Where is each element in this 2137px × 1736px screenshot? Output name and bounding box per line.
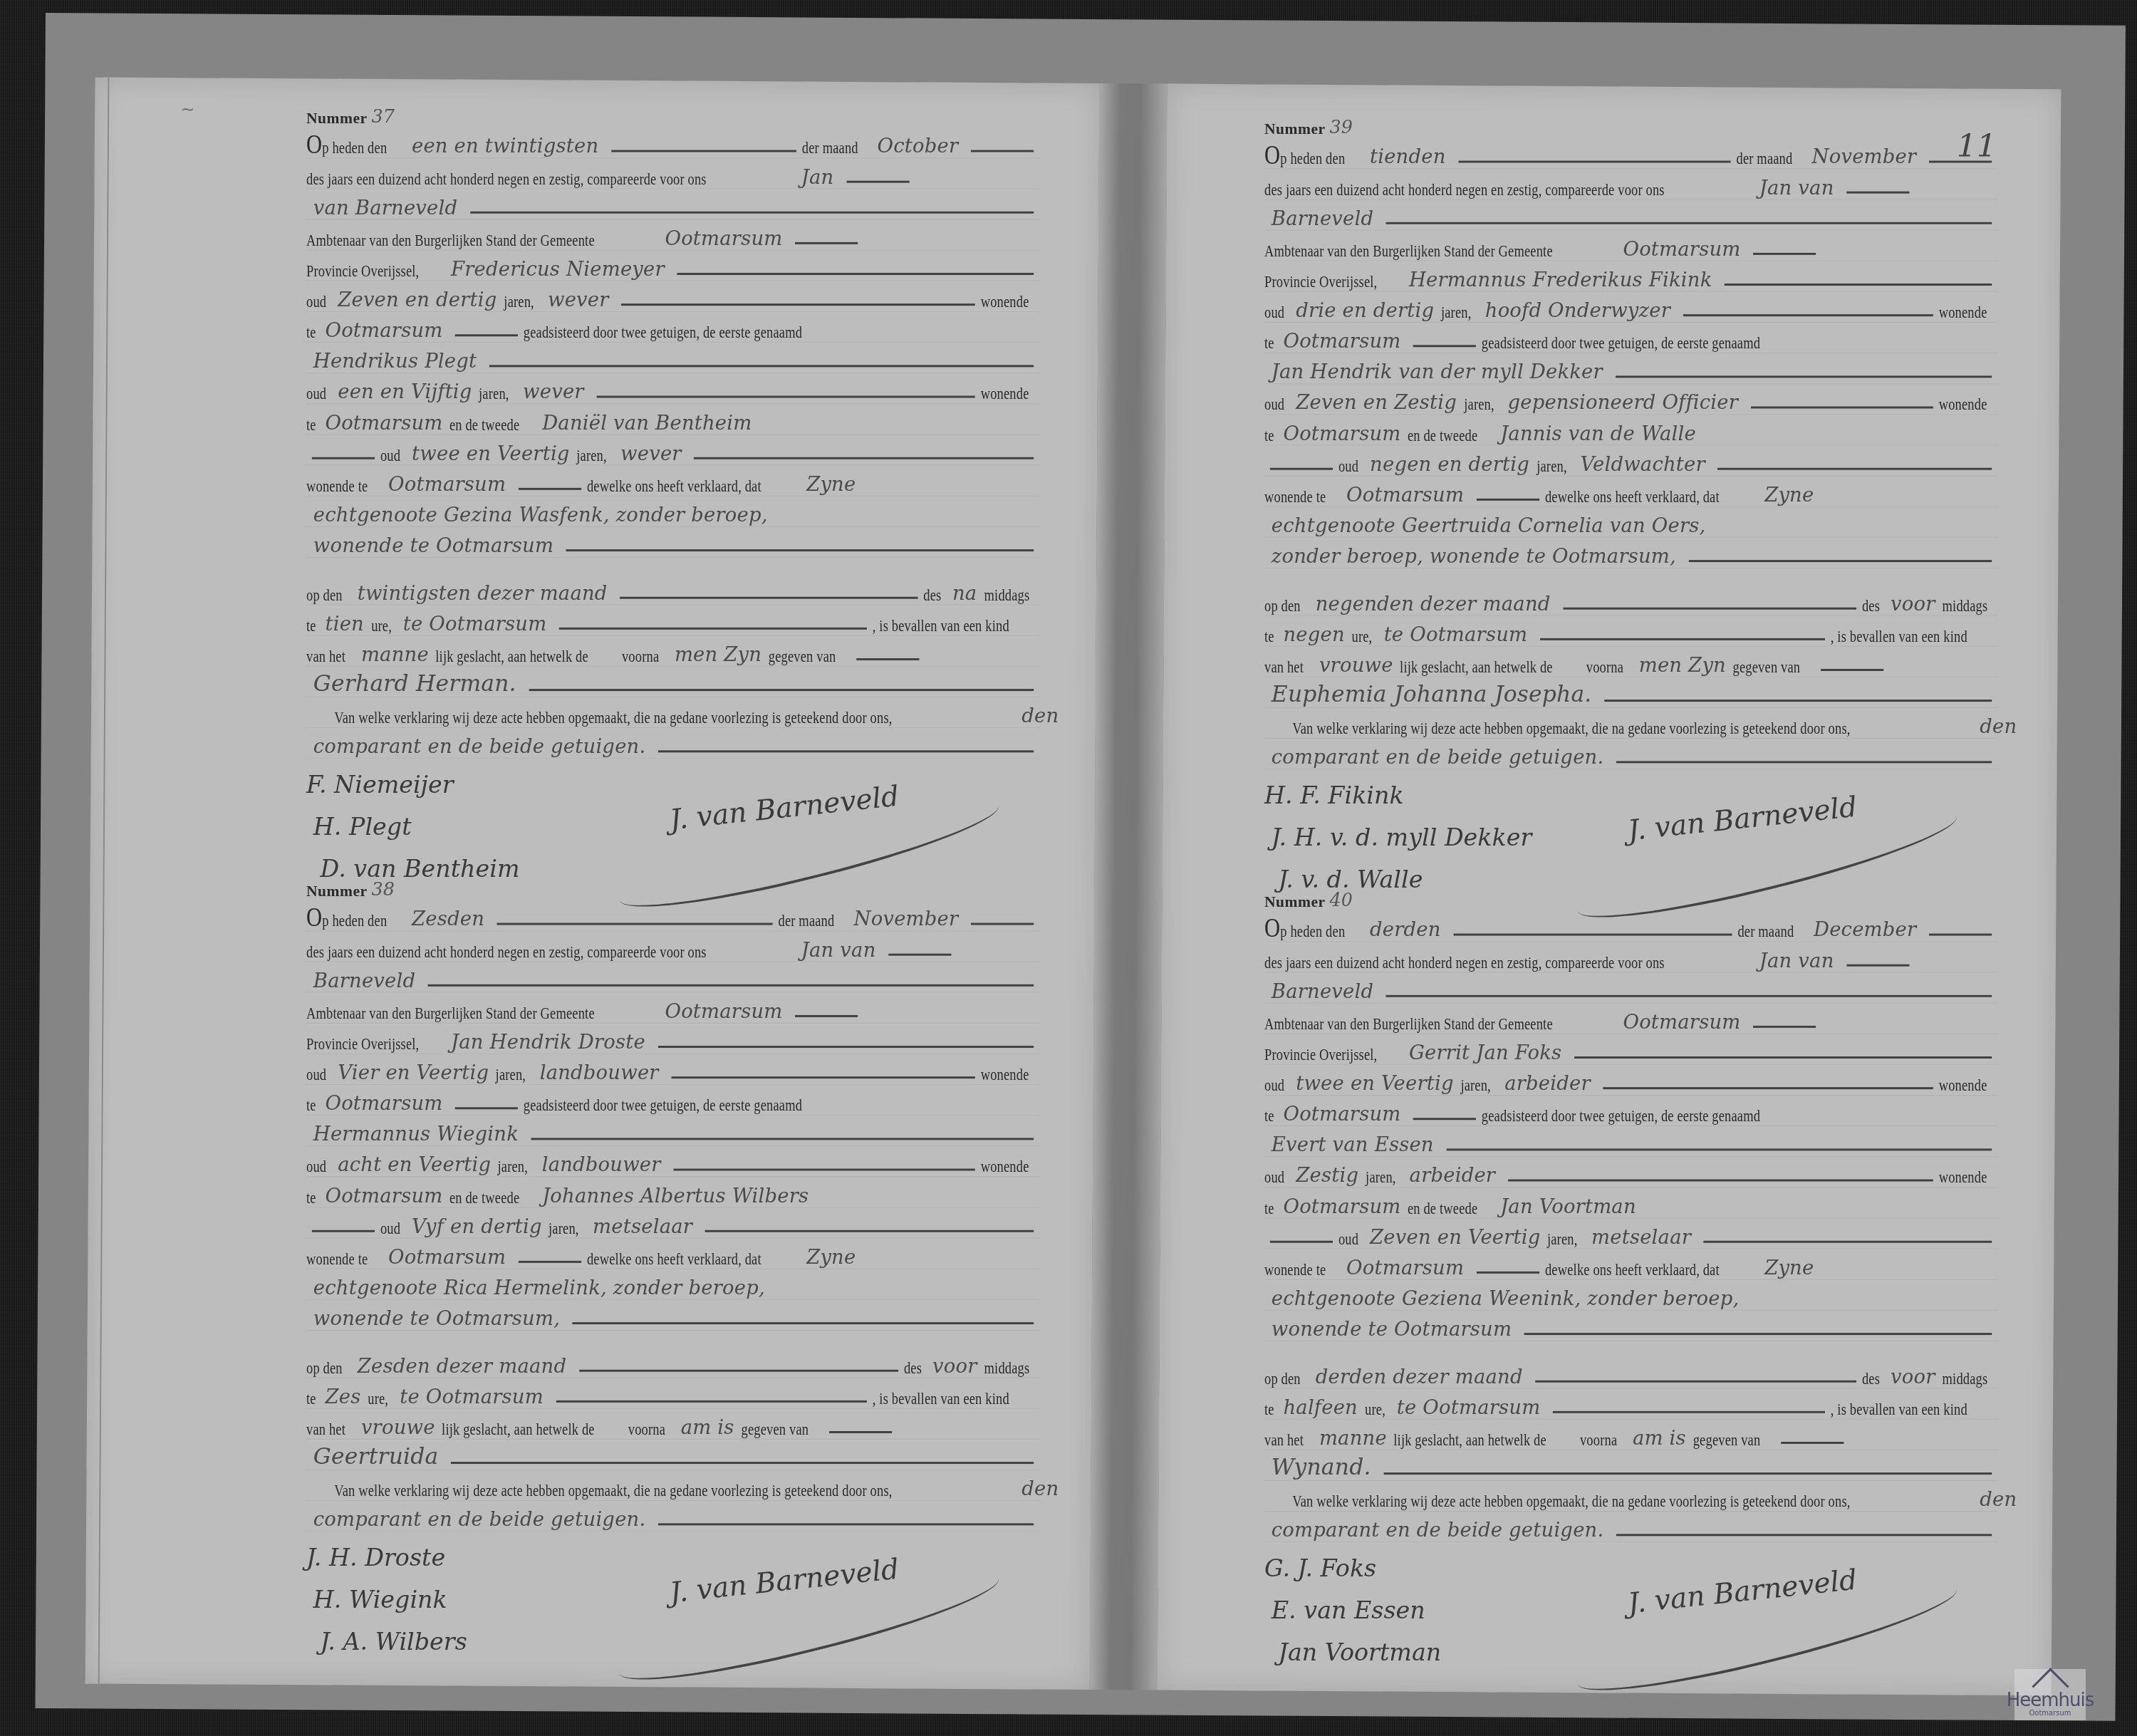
declarant-occupation: wever bbox=[548, 289, 609, 311]
witness1-occupation: wever bbox=[523, 380, 584, 403]
zyne-field: Zyne bbox=[1764, 483, 1814, 506]
date-line: Op heden den derden der maand December bbox=[1264, 911, 1997, 942]
child-name: Euphemia Johanna Josepha. bbox=[1272, 681, 1592, 707]
spouse-text: echtgenoote Geziena Weenink, zonder bero… bbox=[1272, 1287, 1740, 1309]
witness1-line: Hendrikus Plegt bbox=[306, 343, 1039, 373]
year-line: des jaars een duizend acht honderd negen… bbox=[306, 158, 1039, 189]
official-name-b: Barneveld bbox=[1272, 979, 1373, 1002]
child-name-line: Wynand. bbox=[1264, 1450, 1997, 1481]
official-name-a: Jan bbox=[801, 165, 834, 188]
name-suffix: am is bbox=[681, 1415, 734, 1438]
declarant-name: Jan Hendrik Droste bbox=[451, 1030, 645, 1053]
birth-day-text: Zesden dezer maand bbox=[358, 1354, 566, 1377]
spouse-text: echtgenoote Rica Hermelink, zonder beroe… bbox=[313, 1276, 765, 1299]
child-name-line: Euphemia Johanna Josepha. bbox=[1264, 677, 1997, 708]
witness1-age-line: oud acht en Veertig jaren, landbouwer wo… bbox=[306, 1146, 1039, 1177]
name-suffix: men Zyn bbox=[1639, 653, 1726, 676]
witness2-age: Zeven en Veertig bbox=[1370, 1225, 1540, 1248]
child-name: Gerhard Herman. bbox=[313, 670, 516, 697]
witness1-line: Jan Hendrik van der myll Dekker bbox=[1264, 353, 1997, 384]
witness2-residence-line: wonende te Ootmarsum dewelke ons heeft v… bbox=[1264, 477, 1997, 507]
witness2-age: twee en Veertig bbox=[412, 442, 570, 464]
declarant-name: Fredericus Niemeyer bbox=[451, 257, 665, 280]
declarant-residence: Ootmarsum bbox=[1283, 1103, 1400, 1126]
witness1-residence: Ootmarsum bbox=[1283, 1195, 1400, 1217]
provincie-line: Provincie Overijssel, Hermannus Frederik… bbox=[1264, 261, 1997, 292]
month-field: November bbox=[854, 908, 959, 930]
closing-line: Van welke verklaring wij deze acte hebbe… bbox=[306, 697, 1039, 728]
spouse-residence: zonder beroep, wonende te Ootmarsum, bbox=[1272, 545, 1676, 568]
birth-place: te Ootmarsum bbox=[1384, 623, 1528, 645]
closing-hand-b: comparant en de beide getuigen. bbox=[1272, 1519, 1604, 1542]
declarant-occupation: landbouwer bbox=[540, 1061, 659, 1084]
witness1-age-line: oud Zestig jaren, arbeider wonende bbox=[1264, 1157, 1997, 1187]
signature-block: J. H. Droste H. Wiegink J. A. Wilbers J.… bbox=[306, 1537, 1039, 1684]
record-number-value: 39 bbox=[1329, 118, 1352, 138]
ampm-field: voor bbox=[932, 1354, 977, 1377]
birth-place: te Ootmarsum bbox=[403, 612, 547, 635]
child-name: Wynand. bbox=[1272, 1454, 1371, 1480]
ambtenaar-line: Ambtenaar van den Burgerlijken Stand der… bbox=[306, 993, 1039, 1024]
witness1-name: Hendrikus Plegt bbox=[313, 350, 477, 373]
spouse-residence-line: wonende te Ootmarsum bbox=[306, 527, 1039, 558]
ambtenaar-line: Ambtenaar van den Burgerlijken Stand der… bbox=[1264, 231, 1997, 261]
official-name-b: Barneveld bbox=[313, 969, 415, 992]
spouse-text: echtgenoote Geertruida Cornelia van Oers… bbox=[1272, 514, 1706, 536]
nummer-label: Nummer bbox=[306, 883, 368, 900]
birth-hour-line: te halfeen ure, te Ootmarsum , is bevall… bbox=[1264, 1389, 1997, 1420]
signature-witness1: H. Wiegink bbox=[313, 1586, 447, 1614]
declarant-residence-line: te Ootmarsum geadsisteerd door twee getu… bbox=[1264, 323, 1997, 353]
birth-record: Nummer 37 Op heden den een en twintigste… bbox=[306, 100, 1039, 911]
declarant-age-line: oud Vier en Veertig jaren, landbouwer wo… bbox=[306, 1054, 1039, 1085]
zyne-field: Zyne bbox=[806, 1245, 856, 1268]
witness2-line: te Ootmarsum en de tweede Jan Voortman bbox=[1264, 1187, 1997, 1218]
birth-hour-line: te negen ure, te Ootmarsum , is bevallen… bbox=[1264, 616, 1997, 647]
witness2-occupation: Veldwachter bbox=[1581, 452, 1705, 475]
official-line: van Barneveld bbox=[306, 189, 1039, 219]
spouse-line: echtgenoote Geertruida Cornelia van Oers… bbox=[1264, 507, 1997, 538]
official-name-b: Barneveld bbox=[1272, 207, 1373, 229]
witness1-age-line: oud een en Vijftig jaren, wever wonende bbox=[306, 373, 1039, 404]
record-number: Nummer 40 bbox=[1264, 883, 1997, 911]
witness1-occupation: landbouwer bbox=[542, 1153, 661, 1176]
declarant-residence-line: te Ootmarsum geadsisteerd door twee getu… bbox=[306, 312, 1039, 343]
closing-hand-a: den bbox=[1021, 1477, 1059, 1500]
declarant-age: Vier en Veertig bbox=[338, 1061, 489, 1084]
witness2-residence-line: wonende te Ootmarsum dewelke ons heeft v… bbox=[1264, 1249, 1997, 1280]
child-sex: manne bbox=[361, 643, 429, 665]
witness2-name: Jan Voortman bbox=[1500, 1195, 1636, 1217]
child-sex: vrouwe bbox=[361, 1415, 435, 1438]
closing-hand-b: comparant en de beide getuigen. bbox=[1272, 746, 1604, 769]
month-field: November bbox=[1812, 145, 1917, 168]
date-line: Op heden den tienden der maand November bbox=[1264, 138, 1997, 169]
gemeente-field: Ootmarsum bbox=[1623, 1010, 1740, 1033]
record-number-value: 37 bbox=[371, 107, 394, 128]
sex-line: van het vrouwe lijk geslacht, aan hetwel… bbox=[306, 1409, 1039, 1440]
record-number: Nummer 39 bbox=[1264, 110, 1997, 138]
declarant-residence: Ootmarsum bbox=[325, 319, 442, 342]
closing-hand-a: den bbox=[1980, 715, 2017, 738]
spouse-residence: wonende te Ootmarsum bbox=[1272, 1318, 1512, 1341]
signature-witness2: Jan Voortman bbox=[1279, 1638, 1442, 1666]
spouse-residence-line: wonende te Ootmarsum bbox=[1264, 1311, 1997, 1341]
declarant-residence: Ootmarsum bbox=[1283, 330, 1400, 353]
birth-day-text: twintigsten dezer maand bbox=[358, 581, 608, 604]
spouse-line: echtgenoote Rica Hermelink, zonder beroe… bbox=[306, 1269, 1039, 1300]
nummer-label: Nummer bbox=[306, 110, 368, 128]
signature-witness1: J. H. v. d. myll Dekker bbox=[1272, 824, 1532, 852]
month-field: December bbox=[1814, 918, 1916, 941]
signature-declarant: H. F. Fikink bbox=[1264, 782, 1404, 810]
birth-record: Nummer 40 Op heden den derden der maand … bbox=[1264, 883, 1997, 1695]
witness2-age: Vyf en dertig bbox=[412, 1215, 542, 1237]
birth-day-line: op den twintigsten dezer maand des na mi… bbox=[306, 574, 1039, 605]
birth-hour-line: te Zes ure, te Ootmarsum , is bevallen v… bbox=[306, 1378, 1039, 1409]
declarant-residence: Ootmarsum bbox=[325, 1092, 442, 1115]
nummer-label: Nummer bbox=[1264, 893, 1326, 911]
official-line: Barneveld bbox=[1264, 972, 1997, 1003]
declarant-age: drie en dertig bbox=[1296, 299, 1434, 322]
declarant-age-line: oud drie en dertig jaren, hoofd Onderwyz… bbox=[1264, 292, 1997, 323]
witness1-residence: Ootmarsum bbox=[325, 411, 442, 434]
date-line: Op heden den een en twintigsten der maan… bbox=[306, 128, 1039, 158]
provincie-line: Provincie Overijssel, Fredericus Niemeye… bbox=[306, 251, 1039, 281]
witness1-line: Hermannus Wiegink bbox=[306, 1116, 1039, 1146]
birth-day-line: op den Zesden dezer maand des voor midda… bbox=[306, 1347, 1039, 1378]
signature-declarant: G. J. Foks bbox=[1264, 1555, 1376, 1583]
provincie-line: Provincie Overijssel, Gerrit Jan Foks bbox=[1264, 1034, 1997, 1065]
record-number-value: 38 bbox=[371, 880, 394, 900]
witness2-residence: Ootmarsum bbox=[388, 472, 506, 495]
witness2-occupation: metselaar bbox=[1591, 1225, 1691, 1248]
ampm-field: na bbox=[952, 581, 977, 604]
zyne-field: Zyne bbox=[806, 472, 856, 495]
witness2-occupation: metselaar bbox=[593, 1215, 692, 1237]
witness2-line: te Ootmarsum en de tweede Daniël van Ben… bbox=[306, 404, 1039, 435]
birth-day-field: derden bbox=[1370, 918, 1441, 941]
provincie-line: Provincie Overijssel, Jan Hendrik Droste bbox=[306, 1024, 1039, 1054]
declarant-residence-line: te Ootmarsum geadsisteerd door twee getu… bbox=[1264, 1096, 1997, 1126]
witness1-residence: Ootmarsum bbox=[325, 1184, 442, 1207]
child-name-line: Gerhard Herman. bbox=[306, 667, 1039, 697]
signature-witness1: E. van Essen bbox=[1272, 1597, 1425, 1625]
witness1-age: Zeven en Zestig bbox=[1296, 391, 1457, 414]
witness2-residence: Ootmarsum bbox=[1346, 1256, 1464, 1279]
witness1-residence: Ootmarsum bbox=[1283, 422, 1400, 445]
birth-hour: Zes bbox=[325, 1385, 360, 1408]
closing-hand-a: den bbox=[1980, 1488, 2017, 1511]
ampm-field: voor bbox=[1891, 1365, 1935, 1388]
witness1-name: Evert van Essen bbox=[1272, 1133, 1434, 1156]
closing-hand-a: den bbox=[1021, 705, 1059, 727]
year-line: des jaars een duizend acht honderd negen… bbox=[1264, 942, 1997, 972]
witness2-age-line: oud twee en Veertig jaren, wever bbox=[306, 435, 1039, 465]
witness1-age: Zestig bbox=[1296, 1164, 1358, 1187]
child-sex: vrouwe bbox=[1319, 653, 1393, 676]
spouse-residence-line: wonende te Ootmarsum, bbox=[306, 1300, 1039, 1331]
birth-place: te Ootmarsum bbox=[400, 1385, 544, 1408]
name-suffix: men Zyn bbox=[675, 643, 761, 665]
witness1-name: Jan Hendrik van der myll Dekker bbox=[1272, 360, 1603, 383]
closing-line-2: comparant en de beide getuigen. bbox=[1264, 739, 1997, 769]
signature-declarant: F. Niemeijer bbox=[306, 771, 454, 799]
birth-day-text: derden dezer maand bbox=[1316, 1365, 1523, 1388]
official-name-b: van Barneveld bbox=[313, 196, 457, 219]
closing-line-2: comparant en de beide getuigen. bbox=[1264, 1512, 1997, 1542]
witness2-name: Jannis van de Walle bbox=[1500, 422, 1696, 445]
nummer-label: Nummer bbox=[1264, 120, 1326, 138]
book-gutter bbox=[1090, 83, 1168, 1690]
official-line: Barneveld bbox=[306, 962, 1039, 992]
witness2-name: Johannes Albertus Wilbers bbox=[542, 1184, 808, 1207]
pencil-mark: ~ bbox=[180, 99, 194, 119]
declarant-occupation: hoofd Onderwyzer bbox=[1485, 299, 1670, 322]
witness2-age: negen en dertig bbox=[1370, 452, 1529, 475]
witness2-line: te Ootmarsum en de tweede Jannis van de … bbox=[1264, 415, 1997, 445]
ambtenaar-line: Ambtenaar van den Burgerlijken Stand der… bbox=[306, 220, 1039, 251]
declarant-name: Gerrit Jan Foks bbox=[1409, 1041, 1561, 1064]
witness2-occupation: wever bbox=[620, 442, 682, 464]
gemeente-field: Ootmarsum bbox=[1623, 237, 1740, 260]
witness2-residence: Ootmarsum bbox=[388, 1245, 506, 1268]
declarant-age-line: oud Zeven en dertig jaren, wever wonende bbox=[306, 281, 1039, 312]
spouse-residence-line: zonder beroep, wonende te Ootmarsum, bbox=[1264, 538, 1997, 568]
gemeente-field: Ootmarsum bbox=[665, 227, 782, 249]
month-field: October bbox=[878, 135, 959, 157]
spouse-line: echtgenoote Gezina Wasfenk, zonder beroe… bbox=[306, 497, 1039, 527]
witness2-residence-line: wonende te Ootmarsum dewelke ons heeft v… bbox=[306, 466, 1039, 497]
birth-hour: negen bbox=[1283, 623, 1344, 645]
declarant-age: twee en Veertig bbox=[1296, 1072, 1454, 1095]
birth-hour-line: te tien ure, te Ootmarsum , is bevallen … bbox=[306, 605, 1039, 636]
declarant-name: Hermannus Frederikus Fikink bbox=[1409, 268, 1712, 291]
birth-hour: halfeen bbox=[1283, 1395, 1357, 1418]
birth-day-field: Zesden bbox=[412, 908, 484, 930]
year-line: des jaars een duizend acht honderd negen… bbox=[1264, 169, 1997, 199]
sex-line: van het manne lijk geslacht, aan hetwelk… bbox=[1264, 1420, 1997, 1450]
signature-witness2: J. A. Wilbers bbox=[321, 1628, 467, 1656]
spouse-text: echtgenoote Gezina Wasfenk, zonder beroe… bbox=[313, 503, 768, 526]
page-margin-rule bbox=[98, 78, 110, 1684]
closing-line-2: comparant en de beide getuigen. bbox=[306, 728, 1039, 759]
witness1-occupation: gepensioneerd Officier bbox=[1507, 391, 1738, 414]
child-name: Geertruida bbox=[313, 1443, 439, 1470]
closing-hand-b: comparant en de beide getuigen. bbox=[313, 1508, 646, 1531]
birth-hour: tien bbox=[325, 612, 364, 635]
witness2-name: Daniël van Bentheim bbox=[542, 411, 752, 434]
witness2-line: te Ootmarsum en de tweede Johannes Alber… bbox=[306, 1177, 1039, 1207]
witness2-age-line: oud negen en dertig jaren, Veldwachter bbox=[1264, 445, 1997, 476]
official-name-a: Jan van bbox=[1759, 176, 1834, 199]
witness1-age-line: oud Zeven en Zestig jaren, gepensioneerd… bbox=[1264, 384, 1997, 415]
declarant-residence-line: te Ootmarsum geadsisteerd door twee getu… bbox=[306, 1085, 1039, 1116]
signature-declarant: J. H. Droste bbox=[306, 1544, 445, 1572]
closing-line: Van welke verklaring wij deze acte hebbe… bbox=[306, 1470, 1039, 1501]
witness1-name: Hermannus Wiegink bbox=[313, 1123, 519, 1145]
birth-day-line: op den derden dezer maand des voor midda… bbox=[1264, 1358, 1997, 1388]
ambtenaar-line: Ambtenaar van den Burgerlijken Stand der… bbox=[1264, 1004, 1997, 1034]
child-name-line: Geertruida bbox=[306, 1440, 1039, 1470]
watermark-sub: Ootmarsum bbox=[2029, 1710, 2071, 1717]
official-name-a: Jan van bbox=[1759, 949, 1834, 972]
birth-day-field: tienden bbox=[1370, 145, 1446, 168]
sex-line: van het manne lijk geslacht, aan hetwelk… bbox=[306, 636, 1039, 667]
gemeente-field: Ootmarsum bbox=[665, 999, 782, 1022]
birth-record: Nummer 39 Op heden den tienden der maand… bbox=[1264, 110, 1997, 922]
zyne-field: Zyne bbox=[1764, 1256, 1814, 1279]
witness2-residence-line: wonende te Ootmarsum dewelke ons heeft v… bbox=[306, 1239, 1039, 1269]
witness1-occupation: arbeider bbox=[1410, 1164, 1496, 1187]
spouse-residence: wonende te Ootmarsum bbox=[313, 534, 553, 557]
witness2-age-line: oud Vyf en dertig jaren, metselaar bbox=[306, 1207, 1039, 1238]
date-line: Op heden den Zesden der maand November bbox=[306, 900, 1039, 931]
witness2-residence: Ootmarsum bbox=[1346, 483, 1464, 506]
spouse-residence: wonende te Ootmarsum, bbox=[313, 1307, 560, 1330]
name-suffix: am is bbox=[1633, 1426, 1686, 1449]
birth-day-line: op den negenden dezer maand des voor mid… bbox=[1264, 585, 1997, 615]
record-number: Nummer 38 bbox=[306, 873, 1039, 900]
witness1-age: een en Vijftig bbox=[338, 380, 472, 403]
witness1-line: Evert van Essen bbox=[1264, 1126, 1997, 1157]
closing-line-2: comparant en de beide getuigen. bbox=[306, 1501, 1039, 1532]
birth-day-field: een en twintigsten bbox=[412, 135, 598, 157]
spouse-line: echtgenoote Geziena Weenink, zonder bero… bbox=[1264, 1280, 1997, 1311]
witness1-age: acht en Veertig bbox=[338, 1153, 491, 1176]
record-number-value: 40 bbox=[1329, 890, 1352, 911]
official-name-a: Jan van bbox=[801, 938, 876, 961]
record-number: Nummer 37 bbox=[306, 100, 1039, 128]
birth-record: Nummer 38 Op heden den Zesden der maand … bbox=[306, 873, 1039, 1684]
year-line: des jaars een duizend acht honderd negen… bbox=[306, 931, 1039, 962]
heemhuis-watermark: Heemhuis Ootmarsum bbox=[2014, 1669, 2086, 1720]
sex-line: van het vrouwe lijk geslacht, aan hetwel… bbox=[1264, 647, 1997, 677]
closing-line: Van welke verklaring wij deze acte hebbe… bbox=[1264, 1481, 1997, 1512]
ampm-field: voor bbox=[1891, 592, 1935, 615]
witness2-age-line: oud Zeven en Veertig jaren, metselaar bbox=[1264, 1218, 1997, 1249]
child-sex: manne bbox=[1319, 1426, 1387, 1449]
signature-witness1: H. Plegt bbox=[313, 814, 412, 841]
closing-line: Van welke verklaring wij deze acte hebbe… bbox=[1264, 708, 1997, 739]
birth-place: te Ootmarsum bbox=[1397, 1395, 1541, 1418]
declarant-occupation: arbeider bbox=[1504, 1072, 1591, 1095]
closing-hand-b: comparant en de beide getuigen. bbox=[313, 735, 646, 758]
official-line: Barneveld bbox=[1264, 199, 1997, 230]
declarant-age-line: oud twee en Veertig jaren, arbeider wone… bbox=[1264, 1065, 1997, 1096]
birth-day-text: negenden dezer maand bbox=[1316, 592, 1551, 615]
declarant-age: Zeven en dertig bbox=[338, 289, 496, 311]
signature-block: G. J. Foks E. van Essen Jan Voortman J. … bbox=[1264, 1548, 1997, 1695]
